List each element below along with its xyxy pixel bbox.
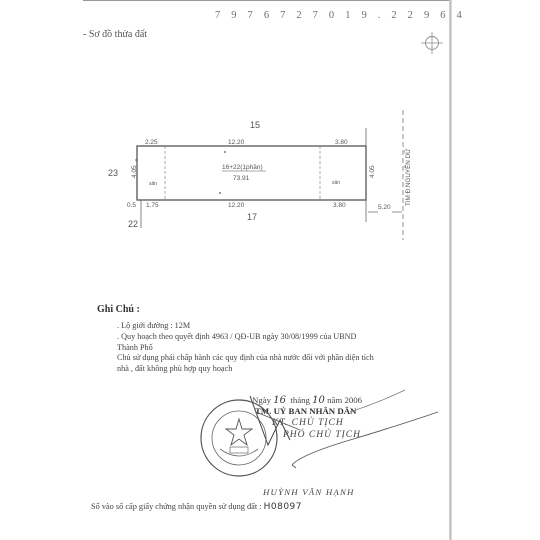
top-dim-right: 3.80: [335, 139, 348, 146]
note-planning-decision: . Quy hoạch theo quyết định 4963 / QĐ-UB…: [117, 332, 356, 341]
parcel-area: 73.91: [233, 175, 250, 182]
setback-dim: 5.20: [378, 204, 391, 211]
note-city: Thành Phố: [117, 343, 153, 352]
note-road-width: . Lộ giới đường : 12M: [117, 321, 190, 330]
yard-left-label: sân: [149, 181, 157, 187]
signer-name: HUỲNH VĂN HẠNH: [263, 487, 355, 497]
bottom-dim-right: 3.80: [333, 202, 346, 209]
certificate-label: Số vào sổ cấp giấy chứng nhận quyền sử d…: [91, 502, 262, 511]
top-dim-middle: 12.20: [228, 139, 245, 146]
position-title: PHÓ CHỦ TỊCH: [283, 430, 361, 440]
notes-title: Ghi Chú :: [97, 304, 140, 315]
certificate-number: H08097: [264, 502, 302, 512]
date-month: 10: [312, 395, 325, 406]
note-compliance: Chủ sử dụng phải chấp hành các quy định …: [117, 353, 374, 362]
neighbor-bottom-left: 22: [128, 219, 138, 229]
neighbor-bottom: 17: [247, 212, 257, 222]
neighbor-top: 15: [250, 120, 260, 130]
note-compliance-cont: nhà , đất không phù hợp quy hoạch: [117, 364, 232, 373]
year-label: năm: [327, 395, 342, 405]
month-label: tháng: [290, 395, 310, 405]
parcel-id: 16+22(1phần): [222, 162, 263, 171]
yard-right-label: sân: [332, 180, 340, 186]
official-seal-icon: [198, 397, 280, 479]
certificate-entry: Số vào sổ cấp giấy chứng nhận quyền sử d…: [91, 502, 302, 512]
top-dim-left: 2.25: [145, 139, 158, 146]
right-depth: 4.05: [369, 165, 376, 178]
street-label: TIM Đ.NGUYỄN DỮ: [403, 148, 412, 206]
left-depth: 4.05: [131, 165, 138, 178]
on-behalf-title: KT. CHỦ TỊCH: [272, 418, 344, 428]
bottom-dim-left: 1.75: [146, 202, 159, 209]
bottom-dim-middle: 12.20: [228, 202, 245, 209]
neighbor-left: 23: [108, 168, 118, 178]
date-year: 2006: [344, 395, 362, 405]
bottom-dim-offset: 0.5: [127, 202, 136, 209]
